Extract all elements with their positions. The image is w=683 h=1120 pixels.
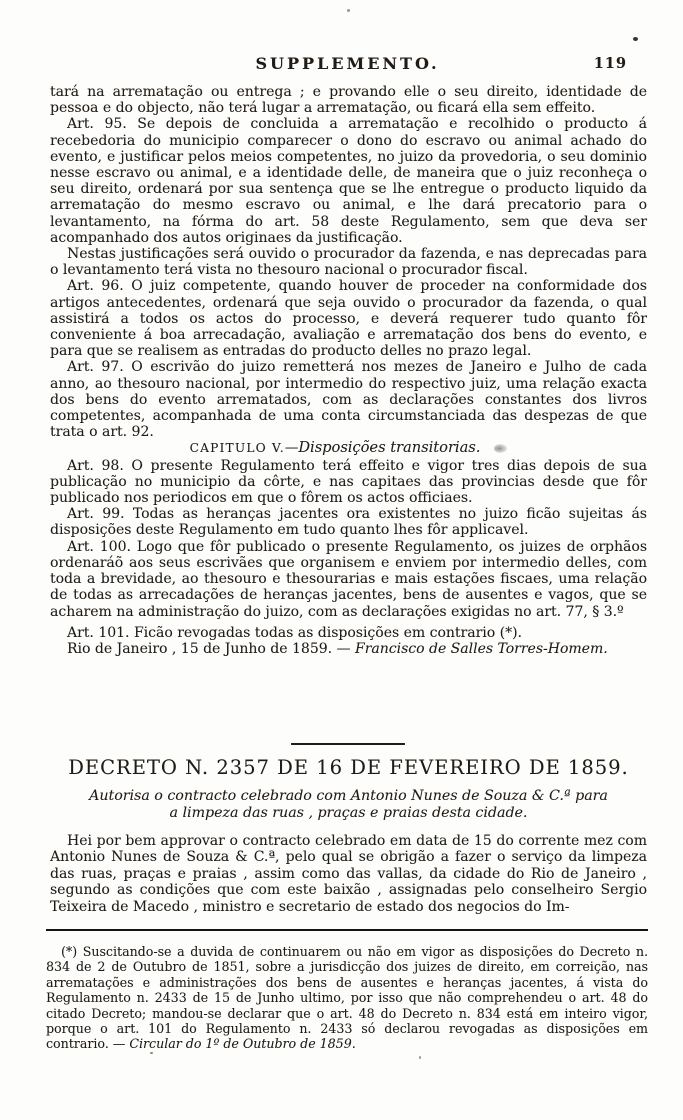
signature-line: Rio de Janeiro , 15 de Junho de 1859. — … (50, 641, 647, 657)
article-96: Art. 96. O juiz competente, quando houve… (50, 278, 647, 359)
article-98: Art. 98. O presente Regulamento terá eff… (50, 458, 647, 507)
decree-subtitle-line1: Autorisa o contracto celebrado com Anton… (89, 788, 608, 804)
article-95: Art. 95. Se depois de concluida a arrema… (50, 116, 647, 246)
chapter-label: CAPITULO V. (190, 441, 285, 455)
article-99: Art. 99. Todas as heranças jacentes ora … (50, 506, 647, 538)
section-divider-rule (291, 743, 405, 745)
footnote-body: (*) Suscitando-se a duvida de continuare… (46, 944, 648, 1051)
chapter-heading: CAPITULO V.—Disposições transitorias. (50, 440, 647, 457)
chapter-title: Disposições transitorias. (298, 439, 480, 456)
decree-subtitle: Autorisa o contracto celebrado com Anton… (50, 788, 647, 822)
paragraph-continuation: tará na arrematação ou entrega ; e prova… (50, 84, 647, 116)
decree-subtitle-line2: a limpeza das ruas , praças e praias des… (170, 805, 528, 821)
decree-section: DECRETO N. 2357 DE 16 DE FEVEREIRO DE 18… (50, 756, 647, 915)
chapter-dash: — (285, 440, 299, 456)
decree-body: Hei por bem approvar o contracto celebra… (50, 833, 647, 915)
footnote-source: Circular do 1º de Outubro de 1859. (129, 1036, 355, 1051)
decree-heading: DECRETO N. 2357 DE 16 DE FEVEREIRO DE 18… (50, 756, 647, 779)
scan-speckle (419, 1056, 421, 1059)
article-100: Art. 100. Logo que fôr publicado o prese… (50, 539, 647, 620)
signature-date: Rio de Janeiro , 15 de Junho de 1859. — (67, 641, 355, 657)
page-number: 119 (594, 55, 627, 72)
article-97: Art. 97. O escrivão do juizo remetterá n… (50, 359, 647, 440)
running-head: SUPPLEMENTO. 119 (50, 54, 645, 76)
scanned-document-page: SUPPLEMENTO. 119 tará na arrematação ou … (0, 0, 683, 1120)
scan-speckle (633, 37, 638, 41)
regulation-text-block: tará na arrematação ou entrega ; e prova… (50, 84, 647, 657)
ink-smudge (494, 444, 507, 453)
footnote-area: (*) Suscitando-se a duvida de continuare… (46, 929, 648, 1052)
running-title: SUPPLEMENTO. (50, 54, 645, 73)
article-101: Art. 101. Ficão revogadas todas as dispo… (50, 625, 647, 641)
footnote-divider-rule (46, 929, 648, 931)
paragraph-justificacoes: Nestas justificações será ouvido o procu… (50, 246, 647, 278)
footnote-text: (*) Suscitando-se a duvida de continuare… (46, 944, 648, 1052)
scan-speckle (347, 9, 350, 12)
scan-speckle (150, 1052, 153, 1054)
signature-name: Francisco de Salles Torres-Homem. (355, 641, 608, 657)
